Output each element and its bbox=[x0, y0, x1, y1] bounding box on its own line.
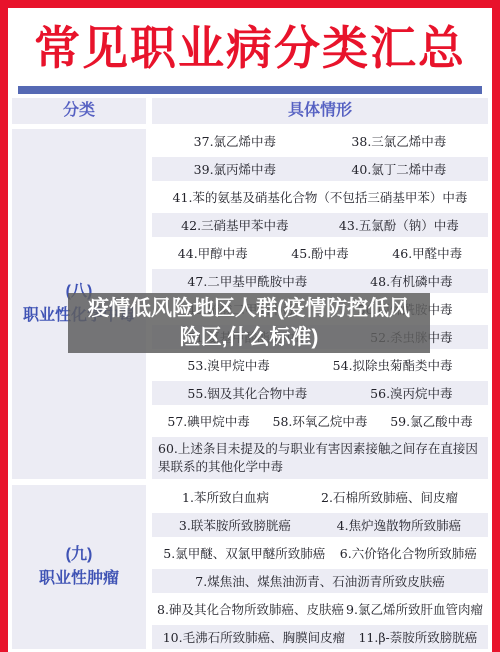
disease-item: 6.六价铬化合物所致肺癌 bbox=[340, 544, 477, 562]
disease-item: 5.氯甲醚、双氯甲醚所致肺癌 bbox=[163, 544, 325, 562]
table-row: 44.甲醇中毒45.酚中毒46.甲醛中毒 bbox=[152, 241, 488, 265]
column-header-details: 具体情形 bbox=[152, 98, 488, 124]
table-row: 60.上述条目未提及的与职业有害因素接触之间存在直接因果联系的其他化学中毒 bbox=[152, 437, 488, 479]
disease-item: 38.三氯乙烯中毒 bbox=[351, 132, 446, 150]
category-number: (九) bbox=[66, 543, 93, 567]
title-divider bbox=[18, 86, 482, 94]
disease-item: 1.苯所致白血病 bbox=[182, 488, 269, 506]
category-cell: (九)职业性肿瘤 bbox=[12, 485, 146, 649]
table-row: 37.氯乙烯中毒38.三氯乙烯中毒 bbox=[152, 129, 488, 153]
disease-item: 58.环氧乙烷中毒 bbox=[273, 412, 368, 430]
disease-item: 40.氯丁二烯中毒 bbox=[351, 160, 446, 178]
disease-item: 54.拟除虫菊酯类中毒 bbox=[333, 356, 453, 374]
poster-frame: 常见职业病分类汇总 分类 具体情形 (八)职业性化学中毒37.氯乙烯中毒38.三… bbox=[0, 0, 500, 652]
disease-item: 59.氯乙酸中毒 bbox=[390, 412, 472, 430]
disease-item: 45.酚中毒 bbox=[291, 244, 348, 262]
disease-item: 48.有机磷中毒 bbox=[370, 272, 452, 290]
disease-item: 44.甲醇中毒 bbox=[178, 244, 248, 262]
table-row: 47.二甲基甲酰胺中毒48.有机磷中毒 bbox=[152, 269, 488, 293]
table-row: 55.铟及其化合物中毒56.溴丙烷中毒 bbox=[152, 381, 488, 405]
disease-item: 11.β-萘胺所致膀胱癌 bbox=[358, 628, 477, 646]
watermark-line-2: 险区,什么标准) bbox=[180, 323, 319, 352]
disease-item: 3.联苯胺所致膀胱癌 bbox=[179, 516, 291, 534]
disease-item: 47.二甲基甲酰胺中毒 bbox=[187, 272, 307, 290]
disease-item: 37.氯乙烯中毒 bbox=[194, 132, 276, 150]
disease-item: 41.苯的氨基及硝基化合物（不包括三硝基甲苯）中毒 bbox=[173, 188, 468, 206]
table-row: 42.三硝基甲苯中毒43.五氯酚（钠）中毒 bbox=[152, 213, 488, 237]
disease-item: 55.铟及其化合物中毒 bbox=[187, 384, 307, 402]
table-row: 5.氯甲醚、双氯甲醚所致肺癌6.六价铬化合物所致肺癌 bbox=[152, 541, 488, 565]
column-header-category: 分类 bbox=[12, 98, 146, 124]
disease-item: 4.焦炉逸散物所致肺癌 bbox=[337, 516, 461, 534]
disease-item: 39.氯丙烯中毒 bbox=[194, 160, 276, 178]
disease-item: 2.石棉所致肺癌、间皮瘤 bbox=[321, 488, 458, 506]
table-row: 8.砷及其化合物所致肺癌、皮肤癌9.氯乙烯所致肝血管肉瘤 bbox=[152, 597, 488, 621]
table-section: (九)职业性肿瘤1.苯所致白血病2.石棉所致肺癌、间皮瘤3.联苯胺所致膀胱癌4.… bbox=[12, 485, 488, 649]
disease-item: 9.氯乙烯所致肝血管肉瘤 bbox=[346, 600, 483, 618]
table-row: 41.苯的氨基及硝基化合物（不包括三硝基甲苯）中毒 bbox=[152, 185, 488, 209]
disease-item: 56.溴丙烷中毒 bbox=[370, 384, 452, 402]
table-row: 3.联苯胺所致膀胱癌4.焦炉逸散物所致肺癌 bbox=[152, 513, 488, 537]
section-rows: 1.苯所致白血病2.石棉所致肺癌、间皮瘤3.联苯胺所致膀胱癌4.焦炉逸散物所致肺… bbox=[152, 485, 488, 649]
watermark-line-1: 疫情低风险地区人群(疫情防控低风 bbox=[88, 294, 410, 323]
table-row: 1.苯所致白血病2.石棉所致肺癌、间皮瘤 bbox=[152, 485, 488, 509]
table-row: 39.氯丙烯中毒40.氯丁二烯中毒 bbox=[152, 157, 488, 181]
category-name: 职业性肿瘤 bbox=[39, 567, 119, 591]
disease-item: 7.煤焦油、煤焦油沥青、石油沥青所致皮肤癌 bbox=[195, 572, 444, 590]
watermark-overlay: 疫情低风险地区人群(疫情防控低风 险区,什么标准) bbox=[68, 293, 430, 353]
disease-item: 57.碘甲烷中毒 bbox=[167, 412, 249, 430]
table-header: 分类 具体情形 bbox=[12, 98, 488, 124]
disease-item: 42.三硝基甲苯中毒 bbox=[181, 216, 288, 234]
disease-item: 46.甲醛中毒 bbox=[392, 244, 462, 262]
table-row: 53.溴甲烷中毒54.拟除虫菊酯类中毒 bbox=[152, 353, 488, 377]
table-body: (八)职业性化学中毒37.氯乙烯中毒38.三氯乙烯中毒39.氯丙烯中毒40.氯丁… bbox=[12, 129, 488, 649]
disease-item: 43.五氯酚（钠）中毒 bbox=[339, 216, 459, 234]
table-row: 7.煤焦油、煤焦油沥青、石油沥青所致皮肤癌 bbox=[152, 569, 488, 593]
page-title: 常见职业病分类汇总 bbox=[8, 18, 492, 78]
disease-item: 8.砷及其化合物所致肺癌、皮肤癌 bbox=[157, 600, 344, 618]
disease-item: 60.上述条目未提及的与职业有害因素接触之间存在直接因果联系的其他化学中毒 bbox=[158, 440, 482, 476]
disease-item: 53.溴甲烷中毒 bbox=[187, 356, 269, 374]
table-row: 57.碘甲烷中毒58.环氧乙烷中毒59.氯乙酸中毒 bbox=[152, 409, 488, 433]
disease-item: 10.毛沸石所致肺癌、胸膜间皮瘤 bbox=[163, 628, 345, 646]
table-row: 10.毛沸石所致肺癌、胸膜间皮瘤11.β-萘胺所致膀胱癌 bbox=[152, 625, 488, 649]
